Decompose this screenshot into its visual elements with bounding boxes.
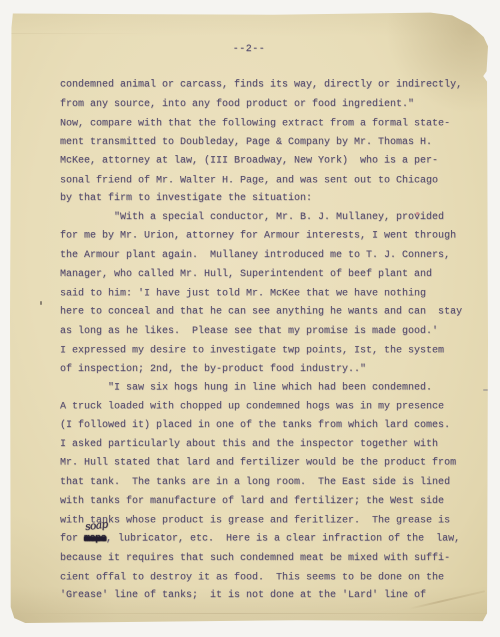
paper-sheet: --2-- condemned animal or carcass, finds… xyxy=(10,12,488,623)
text-line: that tank. The tanks are in a long room.… xyxy=(60,474,480,493)
text-line: said to him: 'I have just told Mr. McKee… xyxy=(60,285,480,304)
text-line: from any source, into any food product o… xyxy=(60,96,480,115)
text-line: (I followed it) placed in one of the tan… xyxy=(60,417,480,436)
text-line: as long as he likes. Please see that my … xyxy=(60,323,480,342)
text-line: by that firm to investigate the situatio… xyxy=(60,190,480,209)
scanned-document-scene: --2-- condemned animal or carcass, finds… xyxy=(0,0,500,637)
text-line: I asked particularly about this and the … xyxy=(60,436,480,455)
paper-speck xyxy=(483,389,488,391)
text-line: with tanks for manufacture of lard and f… xyxy=(60,493,480,512)
text-line: for me by Mr. Urion, attorney for Armour… xyxy=(60,228,480,247)
paper-speck xyxy=(40,301,42,305)
text-line: with tanks whose product is grease and f… xyxy=(60,512,480,531)
text-line-with-correction: soapfor mope, lubricator, etc. Here is a… xyxy=(60,530,480,549)
text-line: McKee, attorney at law, (III Broadway, N… xyxy=(60,152,480,171)
page-number: --2-- xyxy=(10,42,488,58)
text-line: cient offal to destroy it as food. This … xyxy=(60,569,480,588)
text-line: I expressed my desire to investigate twp… xyxy=(60,342,480,361)
text-line: of inspection; 2nd, the by-product food … xyxy=(60,361,480,380)
text-line: Manager, who called Mr. Hull, Superinten… xyxy=(60,266,480,285)
handwritten-correction: soap xyxy=(84,519,108,532)
text-line: ment transmitted to Doubleday, Page & Co… xyxy=(60,134,480,153)
text-line: because it requires that such condemned … xyxy=(60,550,480,569)
document-body: condemned animal or carcass, finds its w… xyxy=(60,77,480,606)
correction-prefix: for xyxy=(60,533,84,544)
text-line: condemned animal or carcass, finds its w… xyxy=(60,77,480,96)
text-line: the Armour plant again. Mullaney introdu… xyxy=(60,247,480,266)
text-line: A truck loaded with chopped up condemned… xyxy=(60,399,480,418)
text-line: 'Grease' line of tanks; it is not done a… xyxy=(60,587,480,606)
paper-speck xyxy=(416,212,419,215)
text-line: Now, compare with that the following ext… xyxy=(60,115,480,134)
text-line: Mr. Hull stated that lard and fertilizer… xyxy=(60,455,480,474)
struck-out-word: mope xyxy=(84,533,106,544)
text-line: here to conceal and that he can see anyt… xyxy=(60,304,480,323)
paper-crease-bottom xyxy=(10,613,488,614)
text-line: sonal friend of Mr. Walter H. Page, and … xyxy=(60,172,480,191)
paper-crease-top xyxy=(10,33,488,34)
text-line: "I saw six hogs hung in line which had b… xyxy=(60,379,480,398)
correction-suffix: , lubricator, etc. Here is a clear infra… xyxy=(106,533,460,544)
